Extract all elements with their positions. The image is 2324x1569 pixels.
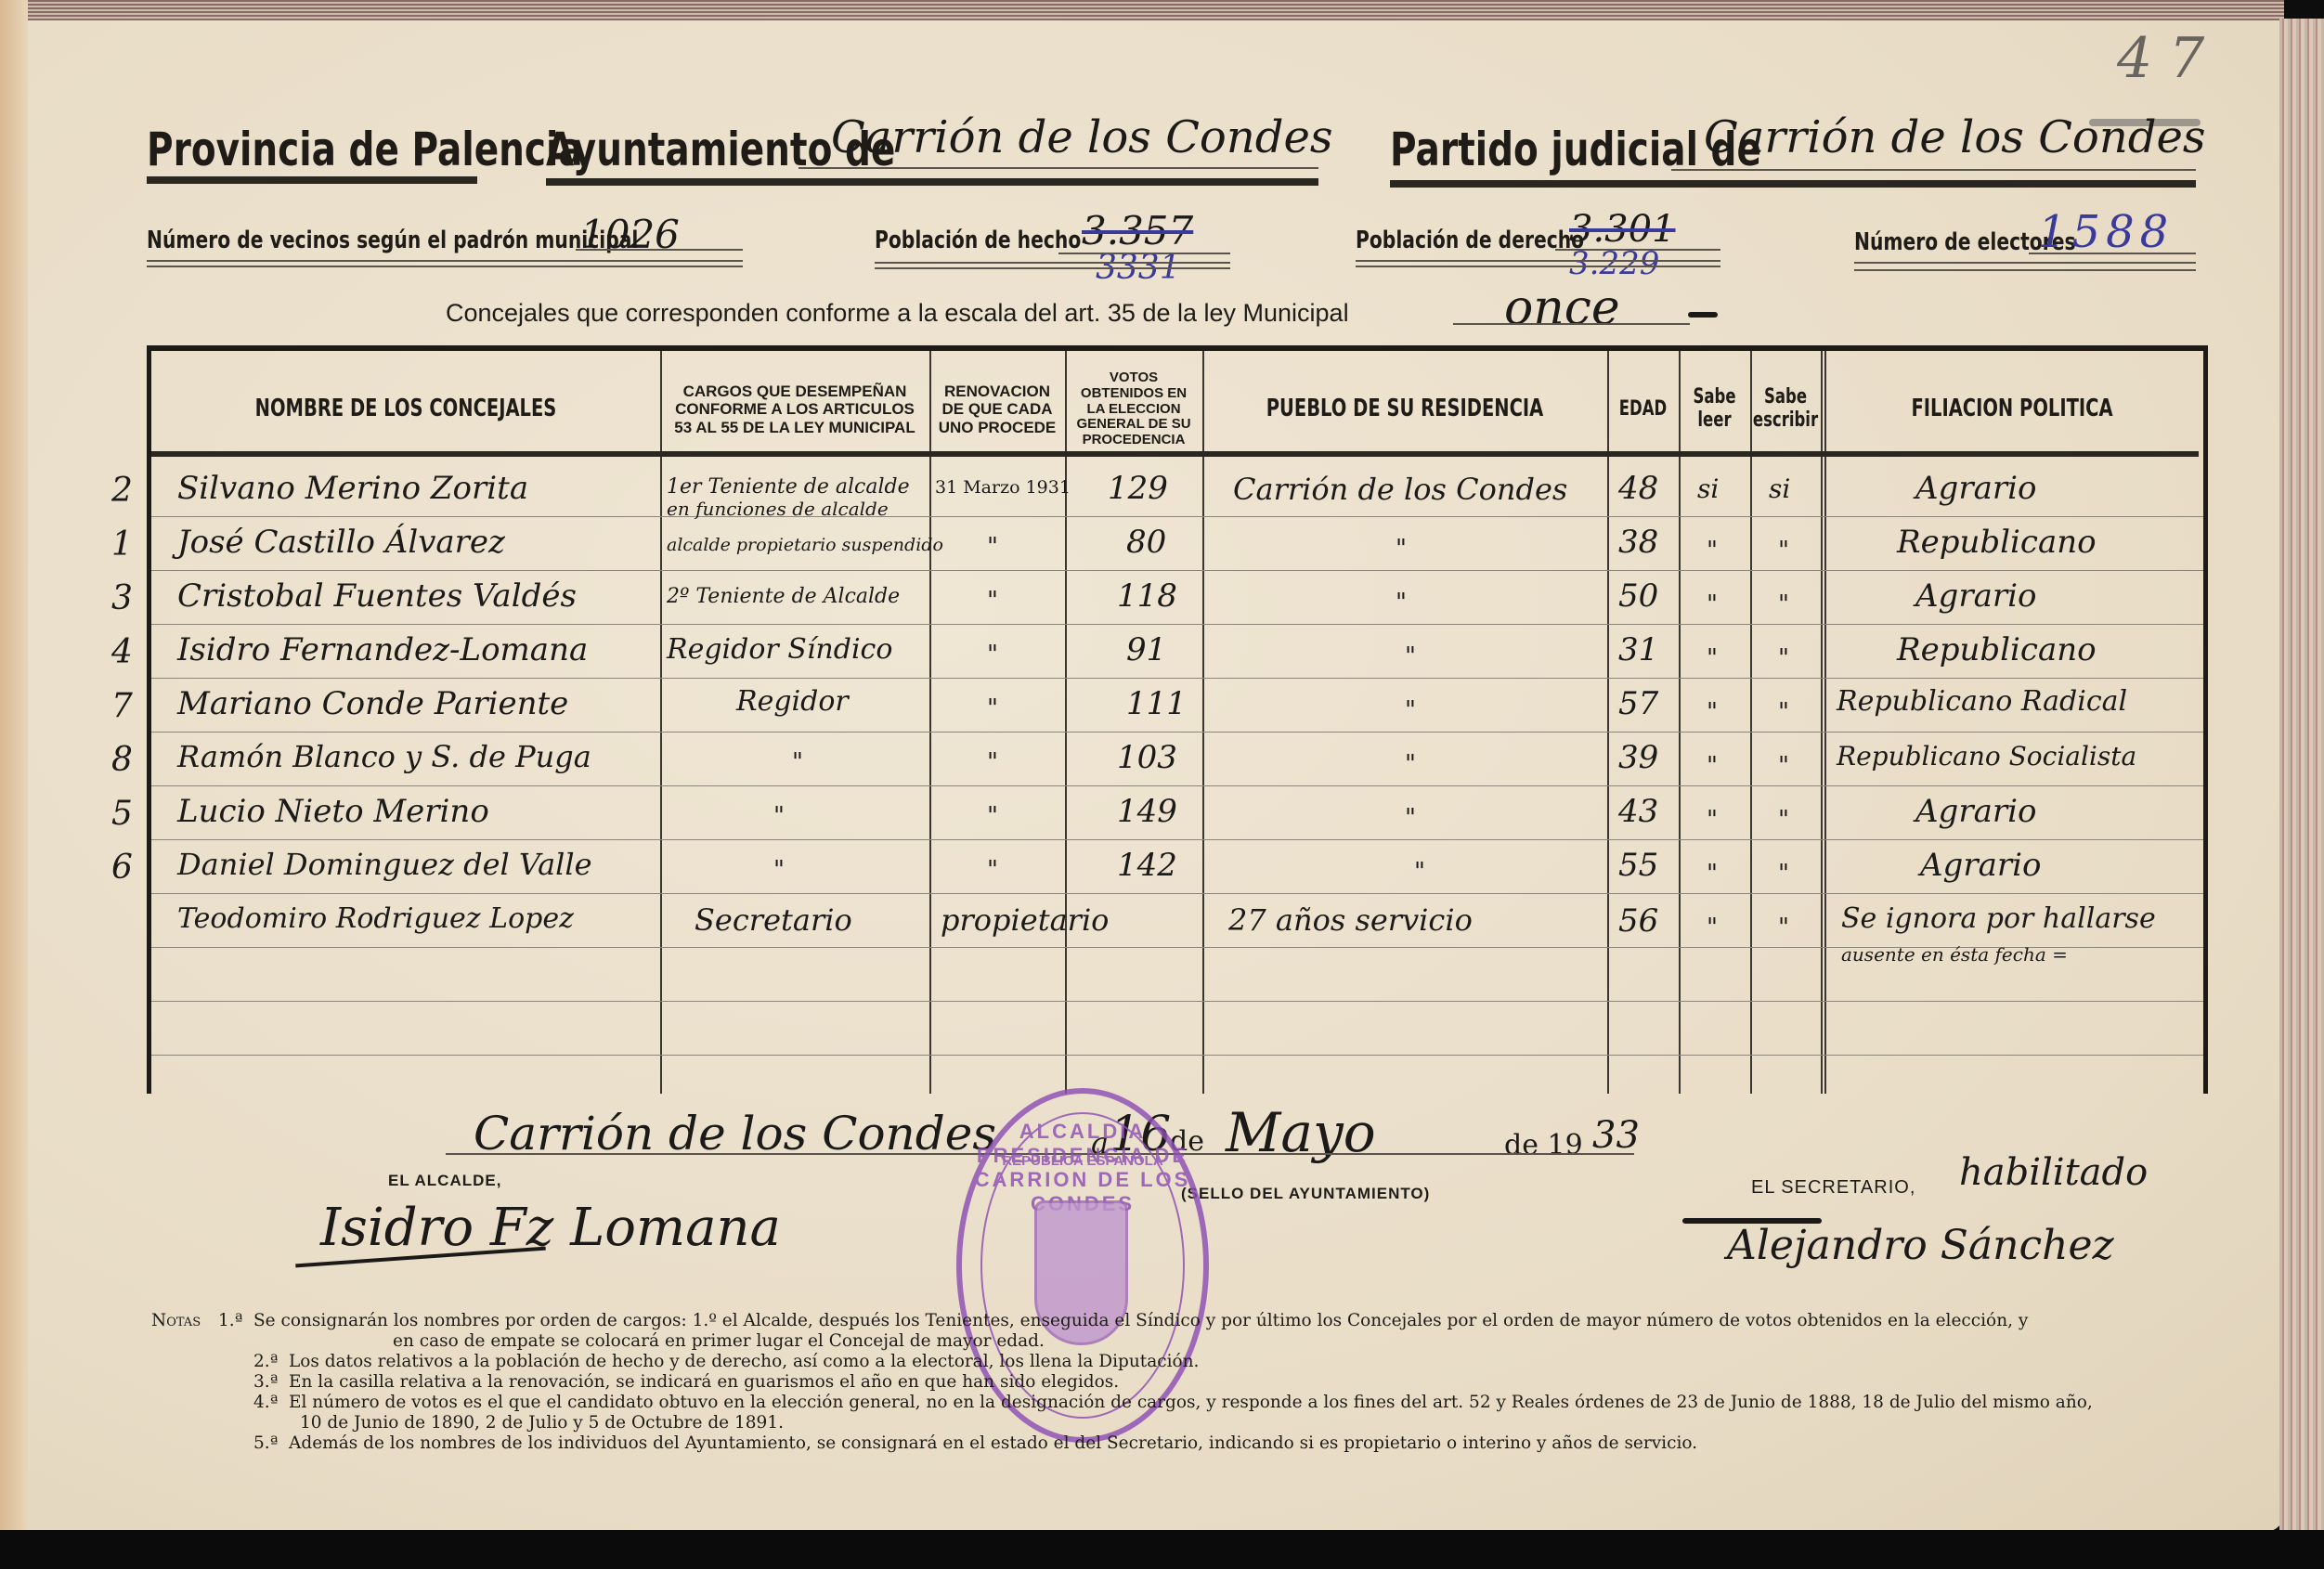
cell-pueblo: Carrión de los Condes: [1233, 472, 1567, 507]
note-item: Notas 1.ª Se consignarán los nombres por…: [151, 1311, 2093, 1331]
secretario-signature-flourish: [1682, 1218, 1822, 1224]
cell-pueblo: 27 años servicio: [1228, 902, 1473, 938]
cell-escribir: ": [1778, 752, 1789, 780]
cell-votos: 103: [1117, 739, 1177, 776]
electores-field-line: [2029, 253, 2196, 254]
cell-edad: 38: [1618, 524, 1658, 561]
alcalde-signature: Isidro Fz Lomana: [320, 1198, 781, 1258]
cell-escribir: ": [1778, 537, 1789, 564]
provincia-heading: Provincia de Palencia: [147, 123, 583, 176]
cell-pueblo: ": [1405, 642, 1416, 670]
derecho-rule-2: [1356, 266, 1720, 267]
cell-edad: 43: [1618, 793, 1658, 830]
cell-renovacion: ": [987, 802, 998, 830]
cell-filiacion: Republicano: [1897, 631, 2097, 668]
cell-filiacion-cont: ausente en ésta fecha =: [1841, 943, 2068, 966]
cell-nombre: Cristobal Fuentes Valdés: [177, 577, 577, 615]
order-number: 8: [111, 741, 133, 779]
row-line: [151, 732, 2203, 733]
cell-renovacion: ": [987, 587, 998, 615]
partido-value: Carrión de los Condes: [1704, 111, 2206, 163]
cell-cargo: ": [792, 748, 803, 776]
row-line: [151, 516, 2203, 517]
cell-votos: 80: [1126, 524, 1166, 561]
col-header-sabe-leer: Sabe leer: [1688, 358, 1742, 460]
cell-filiacion: Agrario: [1915, 470, 2036, 507]
derecho-label: Población de derecho: [1356, 227, 1584, 254]
page-top-edge: [0, 0, 2284, 20]
notes-label: Notas: [151, 1311, 218, 1331]
secretario-signature: Alejandro Sánchez: [1727, 1222, 2114, 1269]
col-header-edad: EDAD: [1616, 358, 1670, 460]
cell-nombre: Lucio Nieto Merino: [177, 793, 489, 830]
col-divider: [1679, 351, 1681, 1094]
folio-number: 47: [2117, 26, 2221, 91]
col-header-cargos: CARGOS QUE DESEMPEÑAN CONFORME A LOS ART…: [660, 358, 929, 460]
row-line: [151, 893, 2203, 894]
cell-renovacion: ": [987, 856, 998, 884]
concejales-label: Concejales que corresponden conforme a l…: [446, 299, 1349, 328]
cell-escribir: ": [1778, 806, 1789, 834]
cell-escribir: ": [1778, 860, 1789, 888]
cell-edad: 31: [1618, 631, 1658, 668]
cell-renovacion: propietario: [941, 902, 1109, 938]
cell-edad: 55: [1618, 847, 1658, 884]
cell-leer: ": [1707, 914, 1718, 941]
col-header-renovacion: RENOVACION DE QUE CADA UNO PROCEDE: [929, 358, 1065, 460]
cell-escribir: ": [1778, 644, 1789, 672]
vecinos-rule-1: [147, 260, 743, 262]
note-text: 10 de Junio de 1890, 2 de Julio y 5 de O…: [300, 1413, 784, 1433]
row-line: [151, 785, 2203, 786]
derecho-value: 3.229: [1569, 245, 1659, 282]
cell-pueblo: ": [1414, 858, 1425, 886]
footer-year-suffix: 33: [1592, 1114, 1640, 1157]
note-text: Los datos relativos a la población de he…: [289, 1352, 1199, 1372]
cell-renovacion: ": [987, 694, 998, 722]
secretario-note: habilitado: [1959, 1151, 2148, 1194]
cell-pueblo: ": [1405, 804, 1416, 832]
partido-underline: [1390, 180, 2196, 188]
order-number: 4: [111, 633, 133, 671]
cell-leer: ": [1707, 860, 1718, 888]
note-continuation: 10 de Junio de 1890, 2 de Julio y 5 de O…: [151, 1413, 2093, 1433]
note-text: En la casilla relativa a la renovación, …: [289, 1372, 1119, 1393]
cell-edad: 57: [1618, 685, 1658, 722]
row-line: [151, 1001, 2203, 1002]
cell-renovacion: ": [987, 748, 998, 776]
page-stack-edges: [2279, 19, 2324, 1541]
row-line: [151, 570, 2203, 571]
col-header-nombre: NOMBRE DE LOS CONCEJALES: [215, 358, 597, 460]
cell-filiacion: Agrario: [1915, 793, 2036, 830]
cell-votos: 118: [1117, 577, 1177, 615]
cell-filiacion: Republicano Socialista: [1837, 741, 2136, 772]
order-number: 3: [111, 579, 133, 617]
note-number: 2.ª: [253, 1352, 289, 1372]
ayuntamiento-value: Carrión de los Condes: [831, 111, 1333, 163]
partido-field-line: [1671, 169, 2196, 171]
concejales-value: once: [1504, 280, 1620, 336]
row-line: [151, 624, 2203, 625]
cell-escribir: ": [1778, 698, 1789, 726]
note-item: 2.ª Los datos relativos a la población d…: [151, 1352, 2093, 1372]
cell-filiacion: Se ignora por hallarse: [1841, 902, 2156, 935]
cell-leer: ": [1707, 806, 1718, 834]
note-text: Se consignarán los nombres por orden de …: [253, 1311, 2028, 1331]
note-continuation: en caso de empate se colocará en primer …: [151, 1331, 2093, 1352]
cell-filiacion: Republicano Radical: [1837, 685, 2127, 718]
order-number: 6: [111, 849, 133, 887]
col-divider: [1750, 351, 1752, 1094]
note-text: en caso de empate se colocará en primer …: [393, 1331, 1045, 1352]
page-left-edge: [0, 0, 28, 1532]
cell-leer: ": [1707, 698, 1718, 726]
concejales-field-line: [1453, 323, 1690, 325]
order-number: 7: [111, 687, 133, 725]
cell-escribir: ": [1778, 914, 1789, 941]
cell-leer: ": [1707, 752, 1718, 780]
provincia-underline: [147, 176, 477, 184]
background-dark: [0, 1530, 2324, 1569]
ayuntamiento-underline: [546, 178, 1318, 186]
electores-rule-1: [1854, 262, 2196, 264]
hecho-rule-2: [875, 267, 1230, 269]
col-header-pueblo: PUEBLO DE SU RESIDENCIA: [1253, 358, 1557, 460]
note-text: El número de votos es el que el candidat…: [289, 1393, 2093, 1413]
cell-cargo-cont: en funciones de alcalde: [667, 498, 889, 520]
cell-renovacion: ": [987, 533, 998, 561]
cell-filiacion: Agrario: [1920, 847, 2041, 884]
order-number: 5: [111, 795, 133, 833]
col-divider: [1202, 351, 1204, 1094]
cell-edad: 48: [1618, 470, 1658, 507]
cell-cargo: 2º Teniente de Alcalde: [667, 585, 900, 608]
cell-edad: 56: [1618, 902, 1658, 940]
cell-nombre: Teodomiro Rodriguez Lopez: [177, 902, 574, 935]
cell-cargo: alcalde propietario suspendido: [667, 535, 943, 555]
cell-votos: 149: [1117, 793, 1177, 830]
concejales-dash: [1688, 312, 1718, 318]
cell-leer: ": [1707, 537, 1718, 564]
cell-votos: 129: [1108, 470, 1168, 507]
notes-section: Notas 1.ª Se consignarán los nombres por…: [151, 1311, 2093, 1454]
secretario-label: EL SECRETARIO,: [1751, 1177, 1915, 1199]
cell-votos: 91: [1126, 631, 1166, 668]
cell-nombre: José Castillo Álvarez: [177, 524, 505, 561]
cell-nombre: Ramón Blanco y S. de Puga: [177, 739, 591, 774]
hecho-rule-1: [875, 262, 1230, 264]
cell-votos: 142: [1117, 847, 1177, 884]
hecho-label: Población de hecho: [875, 227, 1081, 254]
cell-leer: ": [1707, 644, 1718, 672]
document-page: 47 Provincia de Palencia Ayuntamiento de…: [0, 0, 2284, 1532]
col-divider-double: [1821, 351, 1826, 1094]
order-number: 1: [111, 525, 133, 564]
note-number: 1.ª: [218, 1311, 253, 1331]
cell-edad: 39: [1618, 739, 1658, 776]
stamp-inner-text: REPUBLICA ESPAÑOLA: [962, 1153, 1203, 1169]
derecho-rule-1: [1356, 260, 1720, 262]
order-number: 2: [111, 472, 133, 510]
note-number: 4.ª: [253, 1393, 289, 1413]
electores-rule-2: [1854, 269, 2196, 271]
note-number: 5.ª: [253, 1433, 289, 1454]
cell-escribir: ": [1778, 590, 1789, 618]
vecinos-field-line: [576, 249, 743, 251]
vecinos-label: Número de vecinos según el padrón munici…: [147, 227, 638, 254]
hecho-value-struck: 3.357: [1082, 208, 1193, 253]
footer-year-prefix: de 19: [1504, 1129, 1583, 1161]
cell-cargo: Regidor Síndico: [667, 633, 892, 666]
cell-votos: 111: [1126, 685, 1187, 722]
col-divider: [1607, 351, 1609, 1094]
col-divider: [1065, 351, 1067, 1094]
derecho-field-line: [1555, 249, 1720, 251]
cell-leer: si: [1697, 473, 1719, 504]
cell-pueblo: ": [1405, 750, 1416, 778]
cell-filiacion: Agrario: [1915, 577, 2036, 615]
cell-filiacion: Republicano: [1897, 524, 2097, 561]
cell-pueblo: ": [1396, 589, 1407, 616]
electores-value: 1588: [2038, 206, 2174, 258]
cell-pueblo: ": [1396, 535, 1407, 563]
concejales-table: NOMBRE DE LOS CONCEJALES CARGOS QUE DESE…: [147, 345, 2208, 1094]
sello-label: (SELLO DEL AYUNTAMIENTO): [1181, 1185, 1430, 1203]
note-text: Además de los nombres de los individuos …: [289, 1433, 1697, 1454]
row-line: [151, 839, 2203, 840]
col-header-filiacion: FILIACION POLITICA: [1873, 358, 2151, 460]
cell-cargo: ": [773, 856, 785, 884]
row-line: [151, 1055, 2203, 1056]
cell-edad: 50: [1618, 577, 1658, 615]
cell-cargo: Regidor: [736, 685, 849, 718]
col-divider: [929, 351, 931, 1094]
cell-leer: ": [1707, 590, 1718, 618]
hecho-field-line: [1058, 253, 1230, 254]
vecinos-rule-2: [147, 266, 743, 267]
col-divider: [660, 351, 662, 1094]
cell-nombre: Mariano Conde Pariente: [177, 685, 568, 722]
col-header-sabe-escribir: Sabe escribir: [1759, 358, 1812, 460]
note-number: 3.ª: [253, 1372, 289, 1393]
cell-renovacion: ": [987, 641, 998, 668]
header-rule: [151, 451, 2199, 457]
note-item: 5.ª Además de los nombres de los individ…: [151, 1433, 2093, 1454]
cell-pueblo: ": [1405, 696, 1416, 724]
cell-nombre: Isidro Fernandez-Lomana: [177, 631, 588, 668]
cell-nombre: Silvano Merino Zorita: [177, 470, 528, 507]
cell-cargo: Secretario: [695, 902, 852, 938]
alcalde-label: EL ALCALDE,: [388, 1172, 501, 1190]
cell-cargo: ": [773, 802, 785, 830]
cell-nombre: Daniel Dominguez del Valle: [177, 847, 592, 882]
note-item: 4.ª El número de votos es el que el cand…: [151, 1393, 2093, 1413]
cell-cargo: 1er Teniente de alcalde: [667, 475, 910, 499]
ayuntamiento-field-line: [798, 167, 1318, 169]
cell-escribir: si: [1769, 473, 1790, 504]
row-line: [151, 678, 2203, 679]
col-header-votos: VOTOS OBTENIDOS EN LA ELECCION GENERAL D…: [1065, 358, 1202, 460]
cell-renovacion: 31 Marzo 1931: [935, 477, 1071, 498]
note-item: 3.ª En la casilla relativa a la renovaci…: [151, 1372, 2093, 1393]
